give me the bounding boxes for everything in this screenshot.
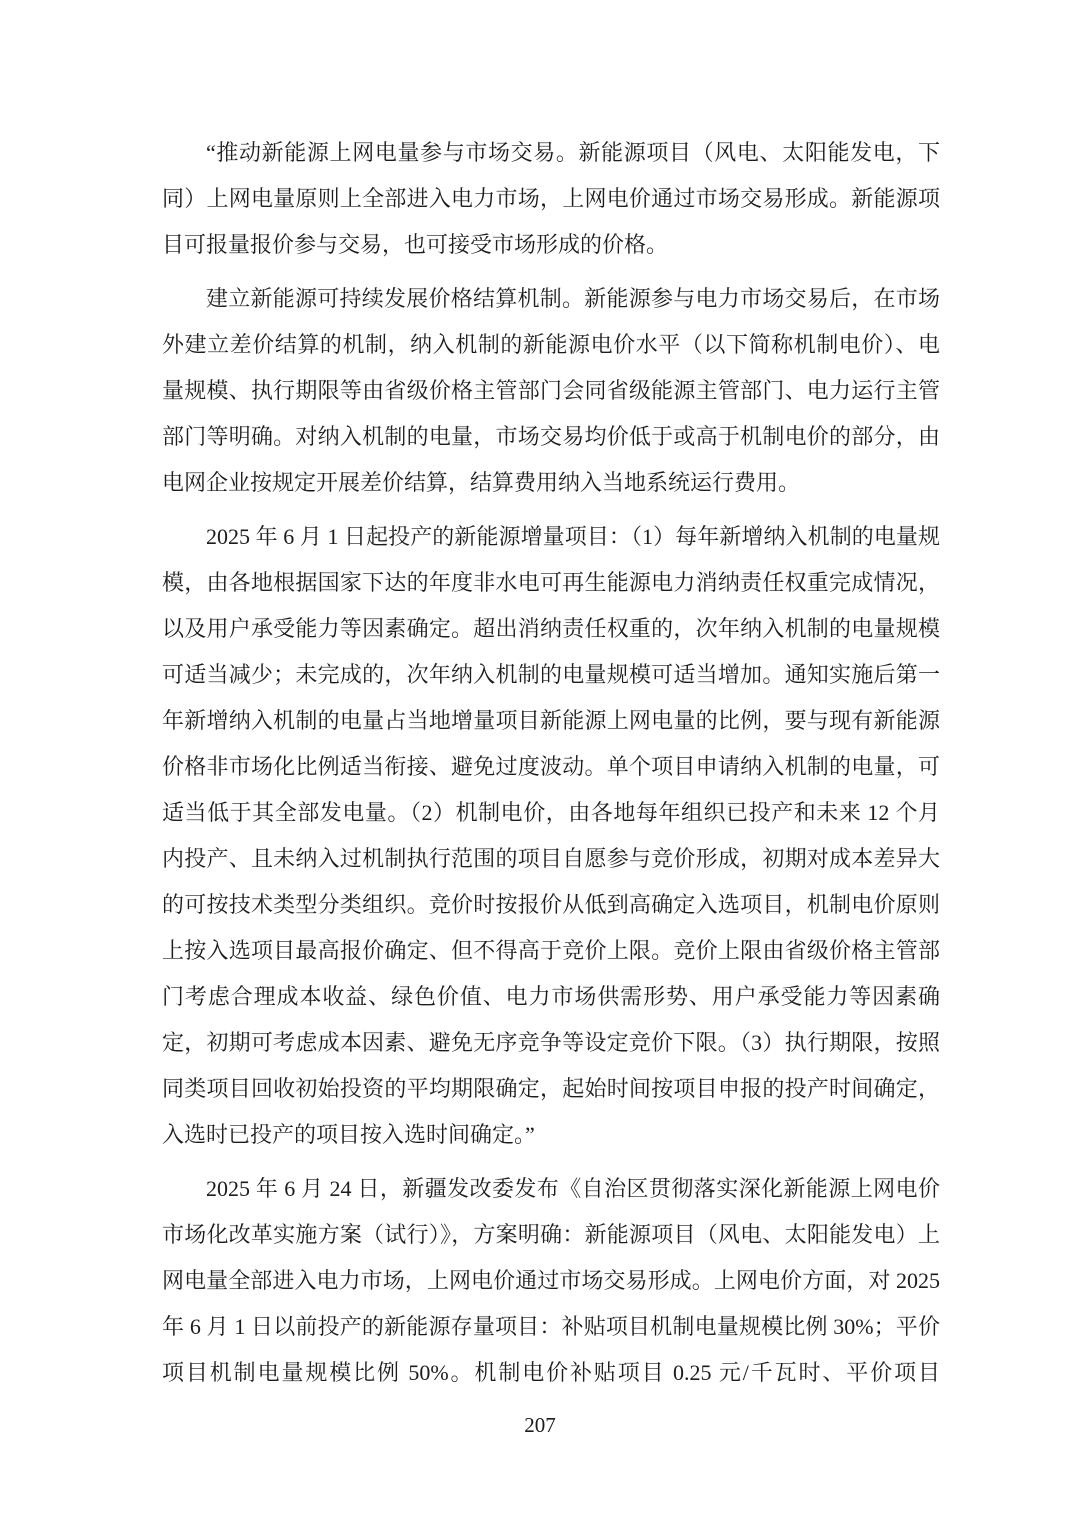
page-number: 207 — [0, 1412, 1080, 1438]
paragraph-xinjiang-implementation-plan: 2025 年 6 月 24 日，新疆发改委发布《自治区贯彻落实深化新能源上网电价… — [162, 1166, 940, 1396]
page-body: “推动新能源上网电量参与市场交易。新能源项目（风电、太阳能发电，下同）上网电量原… — [162, 130, 940, 1404]
paragraph-incremental-projects-rules: 2025 年 6 月 1 日起投产的新能源增量项目：（1）每年新增纳入机制的电量… — [162, 514, 940, 1158]
document-page: “推动新能源上网电量参与市场交易。新能源项目（风电、太阳能发电，下同）上网电量原… — [0, 0, 1080, 1527]
paragraph-settlement-mechanism: 建立新能源可持续发展价格结算机制。新能源参与电力市场交易后，在市场外建立差价结算… — [162, 276, 940, 506]
paragraph-market-trading-quote: “推动新能源上网电量参与市场交易。新能源项目（风电、太阳能发电，下同）上网电量原… — [162, 130, 940, 268]
